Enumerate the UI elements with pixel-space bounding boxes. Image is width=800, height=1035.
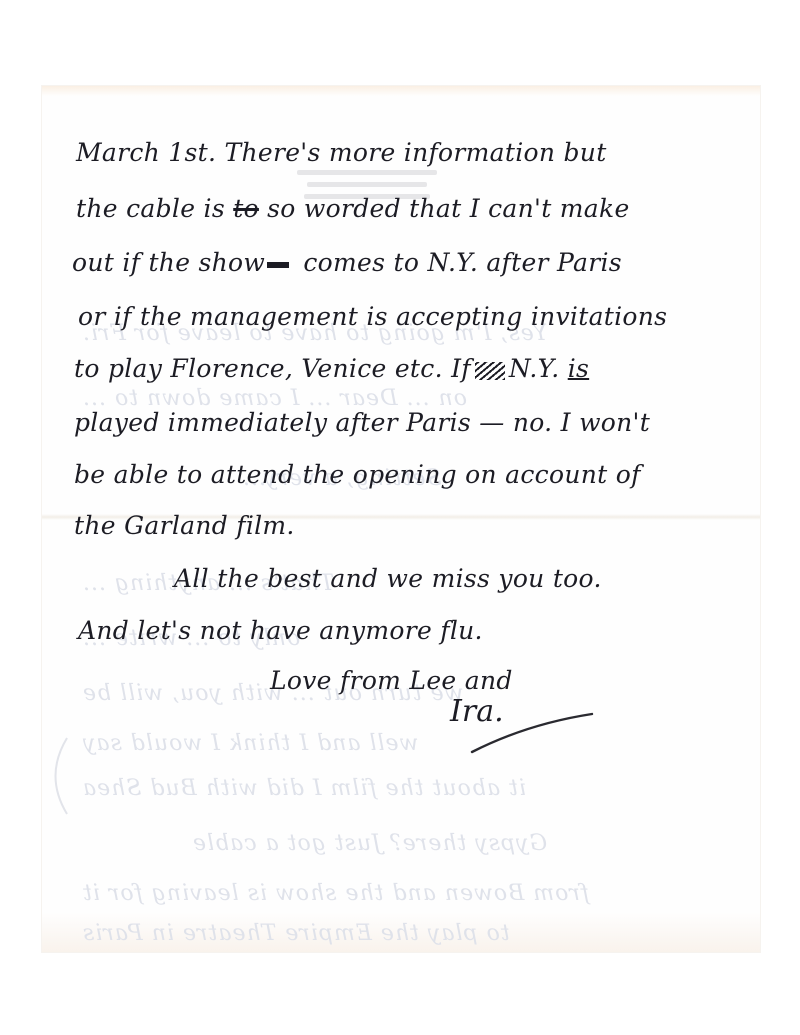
closing-line-1: All the best and we miss you too. xyxy=(174,564,602,593)
ghost-text-line: it about the film I did with Bud Shea xyxy=(82,776,526,801)
line-text: comes to N.Y. after Paris xyxy=(303,248,622,277)
line-text: out if the show xyxy=(72,248,265,277)
ghost-text-line: well and I think I would say xyxy=(82,731,418,756)
letter-line-8: the Garland film. xyxy=(74,511,295,540)
closing-line-3: Love from Lee and xyxy=(270,666,513,695)
letterhead-ghost-line xyxy=(297,170,437,175)
ghost-text-line: Gypsy there? Just got a cable xyxy=(192,831,547,856)
paper-edge-tint xyxy=(42,86,760,96)
underlined-word: is xyxy=(568,354,589,383)
ghost-bracket xyxy=(42,736,72,816)
letter-line-2: the cable is to so worded that I can't m… xyxy=(76,194,630,223)
letter-page: Yes, I'm going to have to leave for Fri.… xyxy=(42,86,760,952)
line-text: to play Florence, Venice etc. If xyxy=(74,354,471,383)
ink-blot xyxy=(267,262,289,268)
letter-line-3: out if the show comes to N.Y. after Pari… xyxy=(72,248,622,277)
scribbled-out-word xyxy=(475,362,505,380)
letterhead-ghost-line xyxy=(307,182,427,187)
letter-line-5: to play Florence, Venice etc. IfN.Y. is xyxy=(74,354,589,383)
letter-line-4: or if the management is accepting invita… xyxy=(78,302,667,331)
paper-edge-tint-bottom xyxy=(42,912,760,952)
line-text: so worded that I can't make xyxy=(267,194,629,223)
ghost-text-line: from Bowen and the show is leaving for i… xyxy=(82,881,589,906)
line-text: the cable is xyxy=(76,194,225,223)
signature-flourish xyxy=(467,708,597,758)
letter-line-1: March 1st. There's more information but xyxy=(76,138,607,167)
closing-line-2: And let's not have anymore flu. xyxy=(78,616,483,645)
letter-line-7: be able to attend the opening on account… xyxy=(74,460,641,489)
line-text: N.Y. xyxy=(509,354,560,383)
letter-line-6: played immediately after Paris — no. I w… xyxy=(74,408,650,437)
crossed-out-word: to xyxy=(233,194,259,223)
